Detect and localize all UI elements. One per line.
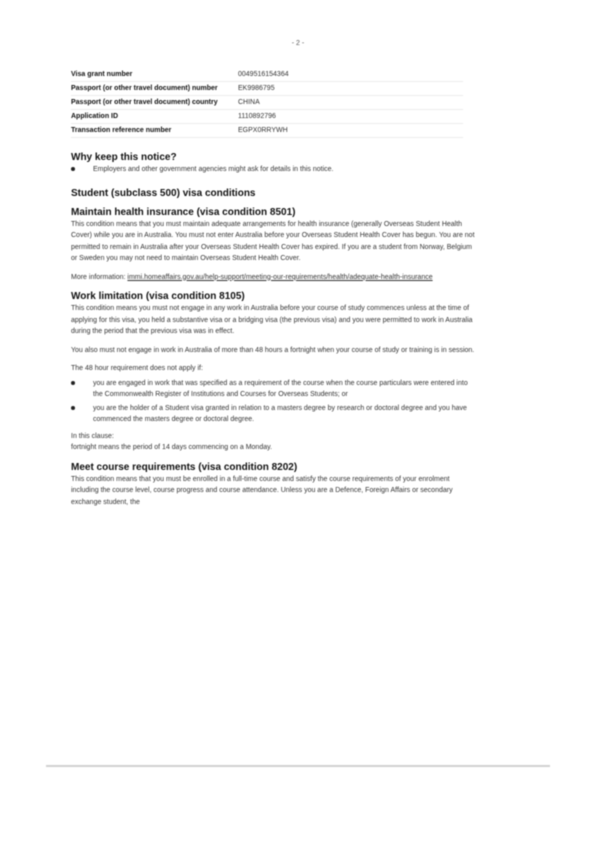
row-label: Passport (or other travel document) coun… <box>71 96 238 110</box>
list-item: you are engaged in work that was specifi… <box>71 378 478 401</box>
why-keep-list: Employers and other government agencies … <box>71 164 471 176</box>
work-body-1: This condition means you must not engage… <box>71 303 476 338</box>
health-body: This condition means that you must maint… <box>71 219 476 265</box>
list-item: Employers and other government agencies … <box>71 164 478 176</box>
bullet-icon <box>71 167 75 171</box>
health-more-info: More information: immi.homeaffairs.gov.a… <box>71 272 476 284</box>
why-keep-heading: Why keep this notice? <box>71 152 471 163</box>
work-exceptions-list: you are engaged in work that was specifi… <box>71 378 471 426</box>
course-body: This condition means that you must be en… <box>71 474 476 509</box>
bullet-icon <box>71 406 75 410</box>
row-value: 1110892796 <box>238 110 463 124</box>
row-label: Transaction reference number <box>71 124 238 138</box>
document-body: Visa grant number0049516154364 Passport … <box>71 68 471 515</box>
health-insurance-link[interactable]: immi.homeaffairs.gov.au/help-support/mee… <box>127 274 432 281</box>
conditions-heading: Student (subclass 500) visa conditions <box>71 188 471 199</box>
work-body-2: You also must not engage in work in Aust… <box>71 345 476 357</box>
table-row: Application ID1110892796 <box>71 110 463 124</box>
row-label: Visa grant number <box>71 68 238 82</box>
footer-divider <box>46 765 550 767</box>
table-row: Passport (or other travel document) coun… <box>71 96 463 110</box>
table-row: Passport (or other travel document) numb… <box>71 82 463 96</box>
row-label: Application ID <box>71 110 238 124</box>
table-row: Visa grant number0049516154364 <box>71 68 463 82</box>
row-value: EK9986795 <box>238 82 463 96</box>
row-value: CHINA <box>238 96 463 110</box>
list-item: you are the holder of a Student visa gra… <box>71 403 478 426</box>
table-row: Transaction reference numberEGPX0RRYWH <box>71 124 463 138</box>
row-label: Passport (or other travel document) numb… <box>71 82 238 96</box>
row-value: EGPX0RRYWH <box>238 124 463 138</box>
page-number: - 2 - <box>0 40 596 47</box>
bullet-icon <box>71 381 75 385</box>
work-heading: Work limitation (visa condition 8105) <box>71 291 471 302</box>
health-heading: Maintain health insurance (visa conditio… <box>71 207 471 218</box>
work-body-3: The 48 hour requirement does not apply i… <box>71 363 476 375</box>
row-value: 0049516154364 <box>238 68 463 82</box>
visa-details-table: Visa grant number0049516154364 Passport … <box>71 68 463 138</box>
clause-definition: In this clause:fortnight means the perio… <box>71 431 476 454</box>
course-heading: Meet course requirements (visa condition… <box>71 462 471 473</box>
